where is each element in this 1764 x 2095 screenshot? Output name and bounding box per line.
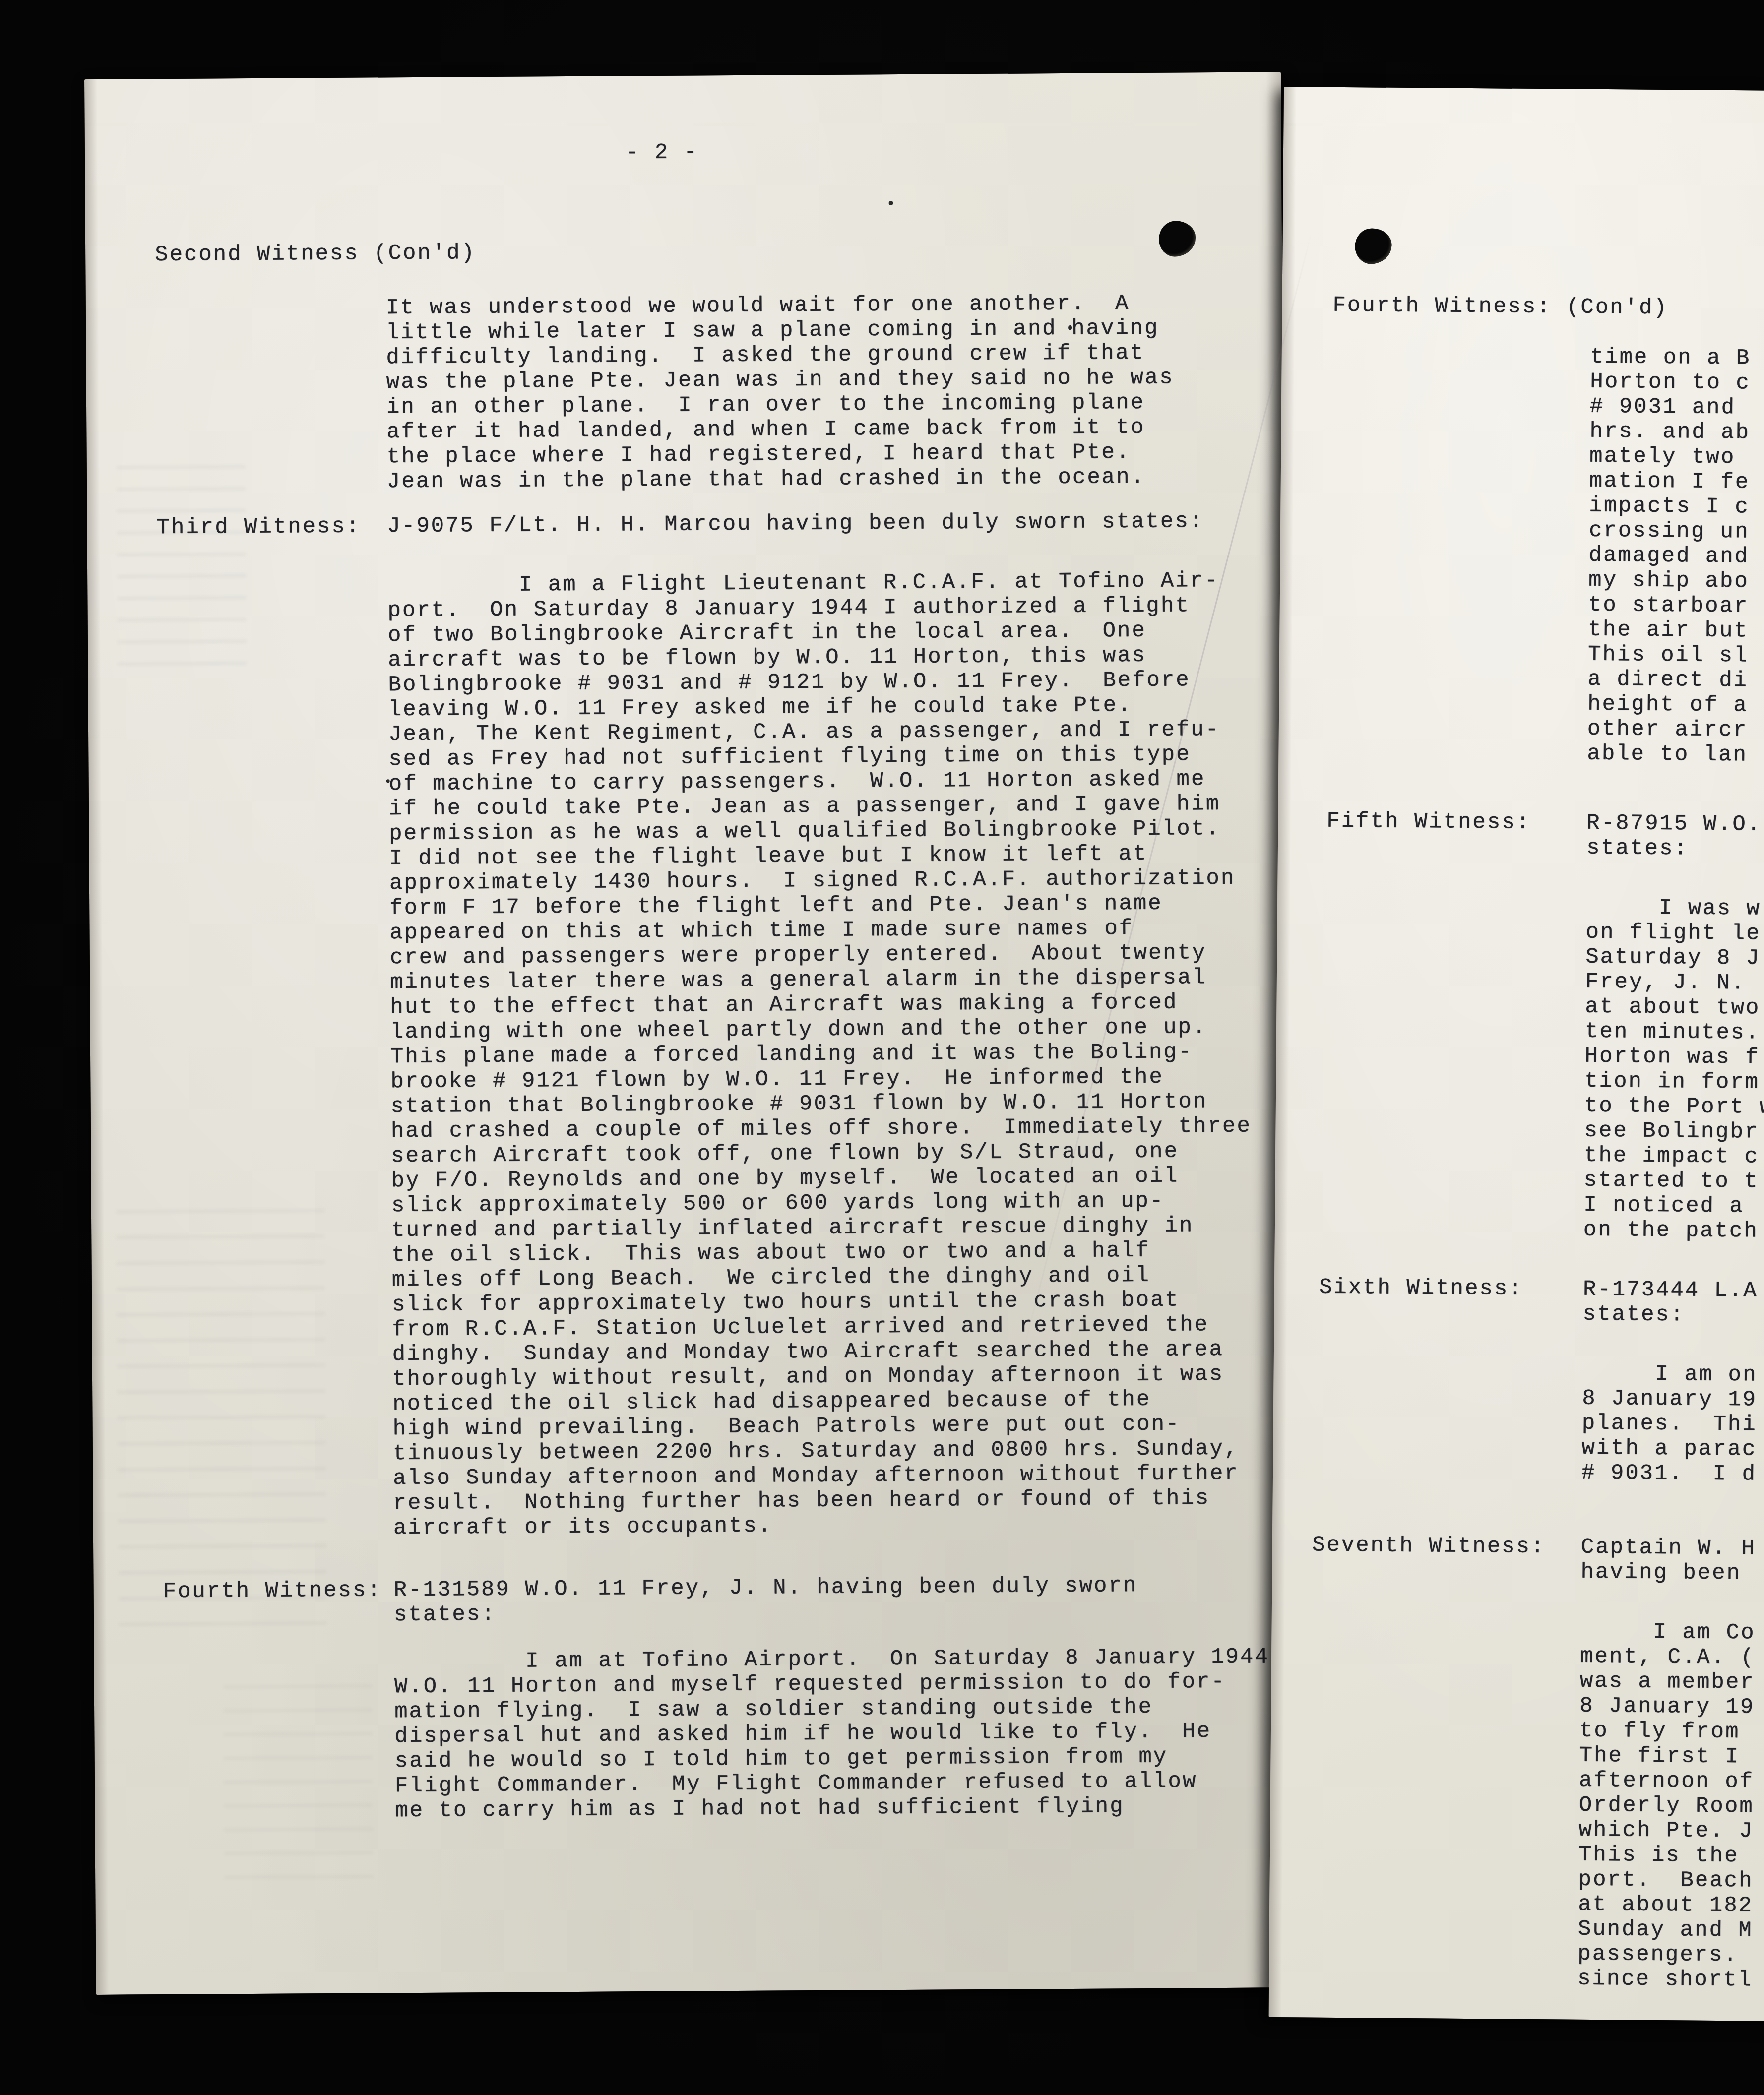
section-label-third-witness: Third Witness: (156, 514, 361, 541)
left-page-edge-shadow (84, 79, 109, 1995)
right-page-header: Fourth Witness: (Con'd) (1332, 293, 1668, 320)
section-label-seventh-witness: Seventh Witness: (1312, 1533, 1546, 1560)
ink-bleed-smudge (117, 465, 247, 675)
heading-sixth-witness: R-173444 L.A states: (1582, 1277, 1758, 1328)
punch-hole (1159, 221, 1196, 256)
testimony-seventh-witness: I am Co ment, C.A. ( was a member 8 Janu… (1577, 1619, 1756, 1993)
left-page: - 2 - Second Witness (Con'd) It was unde… (84, 72, 1293, 1995)
ink-bleed-smudge (116, 1209, 327, 1637)
section-label-fourth-witness: Fourth Witness: (163, 1578, 381, 1604)
section-label-fifth-witness: Fifth Witness: (1326, 809, 1531, 835)
testimony-fourth-witness-contd: time on a B Horton to c # 9031 and hrs. … (1587, 345, 1751, 768)
section-label-sixth-witness: Sixth Witness: (1319, 1275, 1523, 1301)
heading-fourth-witness: R-131589 W.O. 11 Frey, J. N. having been… (393, 1573, 1137, 1627)
testimony-second-witness: It was understood we would wait for one … (386, 291, 1175, 494)
right-page: Fourth Witness: (Con'd) time on a B Hort… (1268, 87, 1764, 2023)
testimony-fifth-witness: I was w on flight le Saturday 8 J Frey, … (1583, 895, 1764, 1244)
page-number: - 2 - (626, 140, 698, 165)
testimony-fourth-witness: I am at Tofino Airport. On Saturday 8 Ja… (394, 1644, 1270, 1823)
paper-speck (889, 201, 893, 205)
heading-third-witness: J-9075 F/Lt. H. H. Marcou having been du… (387, 509, 1204, 539)
ink-bleed-smudge (223, 1685, 374, 1894)
testimony-sixth-witness: I am on 8 January 19 planes. Thi with a … (1581, 1361, 1758, 1487)
paper-speck (386, 779, 390, 783)
punch-hole (1355, 228, 1392, 264)
heading-seventh-witness: Captain W. H having been (1580, 1535, 1756, 1586)
testimony-third-witness: I am a Flight Lieutenant R.C.A.F. at Tof… (387, 568, 1254, 1541)
photograph-background: - 2 - Second Witness (Con'd) It was unde… (0, 0, 1764, 2095)
paper-speck (1068, 325, 1072, 330)
section-label-second-witness: Second Witness (Con'd) (155, 241, 476, 267)
heading-fifth-witness: R-87915 W.O. states: (1586, 811, 1762, 862)
